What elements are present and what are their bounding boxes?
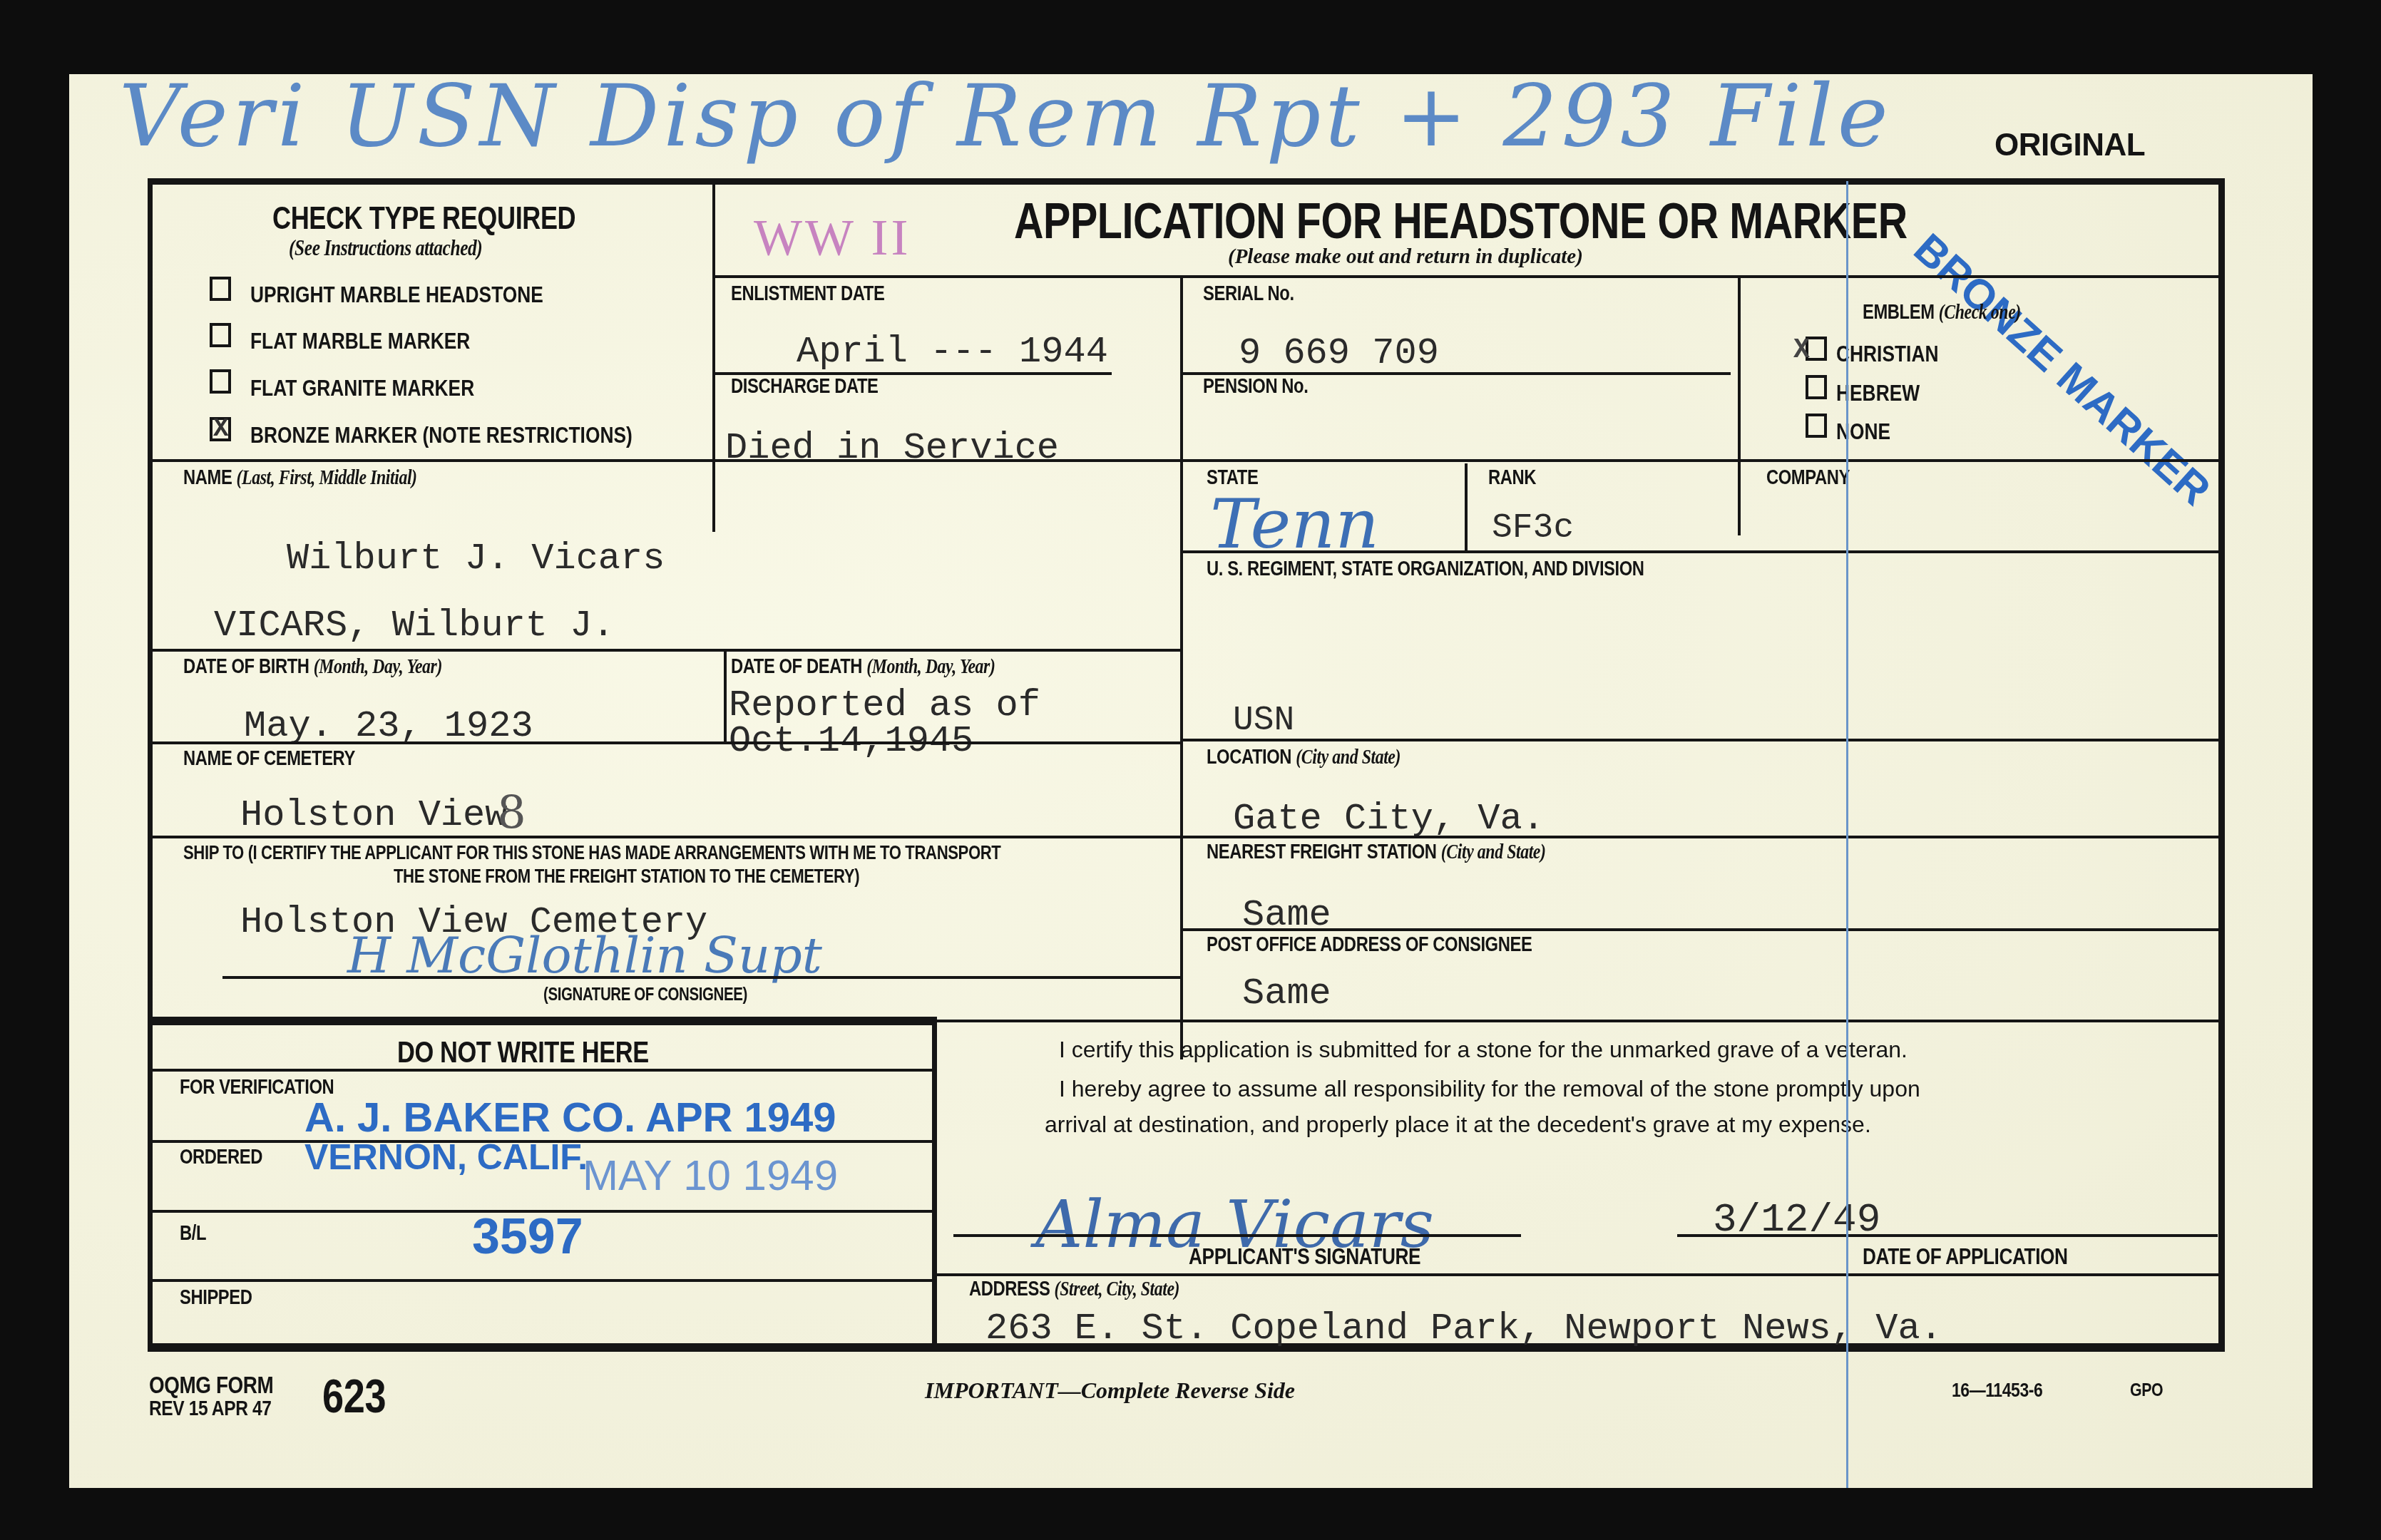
emblem-christian: CHRISTIAN	[1836, 342, 1938, 367]
rule	[153, 836, 1180, 838]
check-type-subtitle: (See Instructions attached)	[289, 235, 482, 261]
vendor-stamp-line2: VERNON, CALIF.	[304, 1136, 588, 1178]
option-upright-marble: UPRIGHT MARBLE HEADSTONE	[250, 282, 543, 308]
checkbox-flat-granite[interactable]	[210, 369, 231, 394]
bronze-marker-stamp: BRONZE MARKER	[1905, 224, 2221, 515]
cemetery-value[interactable]: Holston View	[240, 794, 507, 836]
option-flat-granite: FLAT GRANITE MARKER	[250, 376, 474, 401]
emblem-none: NONE	[1836, 419, 1890, 445]
rule	[1183, 739, 2218, 741]
serial-no-value[interactable]: 9 669 709	[1239, 332, 1439, 374]
enlistment-date-value[interactable]: April --- 1944	[797, 331, 1108, 373]
pension-no-label: PENSION No.	[1203, 375, 1308, 399]
enlistment-date-label: ENLISTMENT DATE	[731, 282, 884, 306]
check-x-icon: X	[1793, 335, 1810, 366]
rule-heavy	[153, 1017, 936, 1025]
cert-line-1: I certify this application is submitted …	[1059, 1037, 1908, 1063]
rule	[153, 1279, 932, 1282]
option-bronze-marker: BRONZE MARKER (NOTE RESTRICTIONS)	[250, 423, 633, 448]
ordered-label: ORDERED	[180, 1146, 262, 1169]
consignee-signature-label: (SIGNATURE OF CONSIGNEE)	[543, 985, 747, 1005]
form-number: 623	[322, 1369, 386, 1423]
rank-label: RANK	[1488, 466, 1536, 490]
rule	[953, 1234, 1521, 1237]
regiment-label: U. S. REGIMENT, STATE ORGANIZATION, AND …	[1207, 558, 1644, 581]
frame-right	[2218, 178, 2225, 1347]
divider-rank	[1465, 463, 1468, 550]
frame-left	[148, 178, 153, 1347]
cert-line-2: I hereby agree to assume all responsibil…	[1059, 1076, 1920, 1102]
form-revision: REV 15 APR 47	[149, 1397, 272, 1421]
divider-emblem	[1738, 275, 1741, 535]
rule	[1677, 1234, 2218, 1237]
ship-to-label: SHIP TO (I CERTIFY THE APPLICANT FOR THI…	[183, 842, 1000, 864]
rule	[153, 1069, 932, 1072]
address-label: ADDRESS (Street, City, State)	[969, 1278, 1179, 1301]
discharge-date-value[interactable]: Died in Service	[725, 427, 1059, 469]
shipped-label: SHIPPED	[180, 1286, 252, 1310]
checkbox-flat-marble[interactable]	[210, 323, 231, 347]
checkbox-bronze-marker[interactable]: X	[210, 417, 231, 441]
rule	[936, 1273, 2218, 1276]
rule-under-title	[715, 275, 2221, 278]
ww2-stamp: WW II	[754, 208, 911, 267]
rule	[1183, 836, 2218, 838]
ship-to-label-2: THE STONE FROM THE FREIGHT STATION TO TH…	[394, 866, 859, 888]
emblem-hebrew: HEBREW	[1836, 381, 1920, 406]
checkbox-upright-marble[interactable]	[210, 277, 231, 301]
po-address-label: POST OFFICE ADDRESS OF CONSIGNEE	[1207, 933, 1532, 957]
option-flat-marble: FLAT MARBLE MARKER	[250, 329, 470, 354]
location-value[interactable]: Gate City, Va.	[1233, 798, 1545, 840]
rank-value[interactable]: SF3c	[1492, 509, 1574, 548]
vendor-stamp-line1: A. J. BAKER CO. APR 1949	[304, 1094, 836, 1141]
check-type-title: CHECK TYPE REQUIRED	[272, 201, 575, 237]
application-date-label: DATE OF APPLICATION	[1863, 1243, 2068, 1270]
headstone-application-form: Veri USN Disp of Rem Rpt + 293 File ORIG…	[69, 74, 2313, 1488]
checkbox-none[interactable]	[1806, 414, 1827, 438]
name-value-2[interactable]: VICARS, Wilburt J.	[214, 605, 615, 647]
name-label: NAME (Last, First, Middle Initial)	[183, 466, 417, 490]
company-label: COMPANY	[1766, 466, 1850, 490]
freight-station-label: NEAREST FREIGHT STATION (City and State)	[1207, 841, 1546, 864]
checkbox-hebrew[interactable]	[1806, 375, 1827, 399]
rule	[1183, 928, 2218, 931]
check-x-icon: X	[213, 414, 229, 443]
rule	[1183, 459, 2218, 462]
cert-line-3: arrival at destination, and properly pla…	[1045, 1112, 1871, 1138]
cemetery-label: NAME OF CEMETERY	[183, 747, 355, 771]
rule	[153, 459, 1180, 462]
discharge-date-label: DISCHARGE DATE	[731, 375, 879, 399]
serial-no-label: SERIAL No.	[1203, 282, 1294, 306]
name-value-1[interactable]: Wilburt J. Vicars	[287, 538, 665, 580]
dob-label: DATE OF BIRTH (Month, Day, Year)	[183, 655, 442, 679]
handwritten-note: Veri USN Disp of Rem Rpt + 293 File	[119, 67, 1893, 166]
frame-top	[148, 178, 2223, 185]
address-value[interactable]: 263 E. St. Copeland Park, Newport News, …	[985, 1308, 1942, 1350]
rule	[222, 976, 1180, 979]
dod-label: DATE OF DEATH (Month, Day, Year)	[731, 655, 995, 679]
rule	[1183, 550, 2218, 553]
location-label: LOCATION (City and State)	[1207, 746, 1401, 769]
rule	[153, 741, 1180, 744]
regiment-value[interactable]: USN	[1233, 702, 1294, 740]
bl-value: 3597	[472, 1208, 583, 1265]
pencil-mark: 8	[497, 787, 526, 840]
divider-dod	[724, 649, 727, 741]
form-subtitle: (Please make out and return in duplicate…	[1228, 245, 1583, 269]
bl-label: B/L	[180, 1222, 206, 1246]
rule	[153, 649, 1180, 652]
applicant-signature-label: APPLICANT'S SIGNATURE	[1189, 1243, 1420, 1270]
pencil-line	[1846, 181, 1848, 1488]
print-code: 16—11453-6	[1952, 1379, 2042, 1402]
form-title: APPLICATION FOR HEADSTONE OR MARKER	[1014, 192, 1908, 250]
printer-mark: GPO	[2130, 1379, 2163, 1401]
emblem-title: EMBLEM (Check one)	[1863, 301, 2021, 324]
divider-office	[932, 1017, 937, 1343]
po-address-value[interactable]: Same	[1242, 972, 1331, 1015]
rule	[936, 1020, 2218, 1022]
form-agency: OQMG FORM	[149, 1372, 273, 1400]
divider-checktype	[712, 178, 715, 532]
important-note: IMPORTANT—Complete Reverse Side	[925, 1377, 1295, 1404]
original-label: ORIGINAL	[1995, 128, 2145, 163]
ordered-date-stamp: MAY 10 1949	[583, 1151, 838, 1200]
divider-center	[1180, 275, 1183, 1059]
do-not-write-title: DO NOT WRITE HERE	[397, 1035, 649, 1069]
